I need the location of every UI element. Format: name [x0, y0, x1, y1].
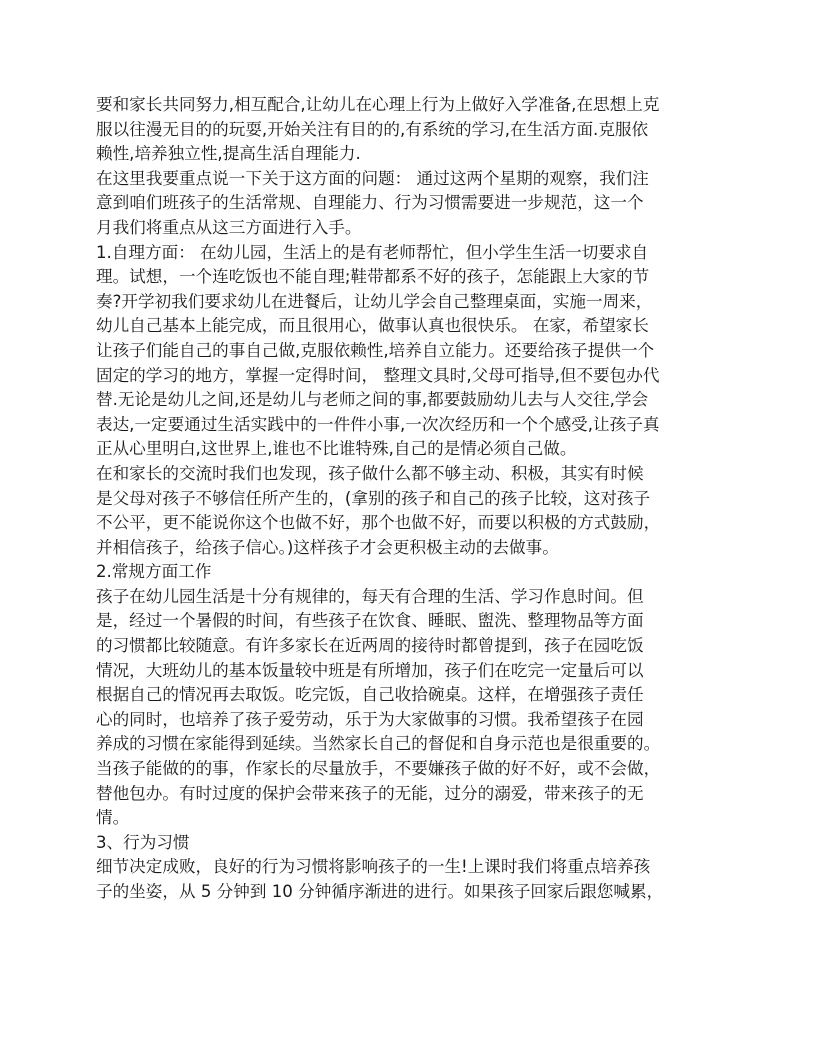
- text-line: 幼儿自己基本上能完成，而且很用心，做事认真也很快乐。 在家，希望家长: [96, 314, 726, 339]
- text-line: 孩子在幼儿园生活是十分有规律的，每天有合理的生活、学习作息时间。但: [96, 585, 726, 610]
- text-line: 奏?开学初我们要求幼儿在进餐后，让幼儿学会自己整理桌面，实施一周来，: [96, 290, 726, 315]
- text-line: 情。: [96, 806, 726, 831]
- section-heading-self-care: 1.自理方面： 在幼儿园，生活上的是有老师帮忙，但小学生生活一切要求自: [96, 241, 726, 266]
- text-line: 要和家长共同努力,相互配合,让幼儿在心理上行为上做好入学准备,在思想上克: [96, 93, 726, 118]
- text-line: 是父母对孩子不够信任所产生的，(拿别的孩子和自己的孩子比较，这对孩子: [96, 487, 726, 512]
- text-line: 情况，大班幼儿的基本饭量较中班是有所增加，孩子们在吃完一定量后可以: [96, 659, 726, 684]
- text-line: 让孩子们能自己的事自己做,克服依赖性,培养自立能力。还要给孩子提供一个: [96, 339, 726, 364]
- text-line: 理。试想，一个连吃饭也不能自理;鞋带都系不好的孩子，怎能跟上大家的节: [96, 265, 726, 290]
- text-line: 固定的学习的地方，掌握一定得时间， 整理文具时,父母可指导,但不要包办代: [96, 364, 726, 389]
- text-line: 在和家长的交流时我们也发现，孩子做什么都不够主动、积极，其实有时候: [96, 462, 726, 487]
- text-line: 表达,一定要通过生活实践中的一件件小事,一次次经历和一个个感受,让孩子真: [96, 413, 726, 438]
- text-line: 子的坐姿，从 5 分钟到 10 分钟循序渐进的进行。如果孩子回家后跟您喊累，: [96, 880, 726, 905]
- text-line: 细节决定成败，良好的行为习惯将影响孩子的一生!上课时我们将重点培养孩: [96, 855, 726, 880]
- text-line: 不公平，更不能说你这个也做不好，那个也做不好，而要以积极的方式鼓励，: [96, 511, 726, 536]
- text-line: 月我们将重点从这三方面进行入手。: [96, 216, 726, 241]
- text-line: 意到咱们班孩子的生活常规、自理能力、行为习惯需要进一步规范，这一个: [96, 191, 726, 216]
- text-line: 赖性,培养独立性,提高生活自理能力.: [96, 142, 726, 167]
- text-line: 并相信孩子，给孩子信心。)这样孩子才会更积极主动的去做事。: [96, 536, 726, 561]
- document-page: 要和家长共同努力,相互配合,让幼儿在心理上行为上做好入学准备,在思想上克 服以往…: [96, 93, 726, 905]
- section-heading-behavior: 3、行为习惯: [96, 831, 726, 856]
- text-line: 是，经过一个暑假的时间，有些孩子在饮食、睡眠、盥洗、整理物品等方面: [96, 609, 726, 634]
- text-line: 当孩子能做的的事，作家长的尽量放手，不要嫌孩子做的好不好，或不会做，: [96, 757, 726, 782]
- section-heading-routine: 2.常规方面工作: [96, 560, 726, 585]
- text-line: 服以往漫无目的的玩耍,开始关注有目的的,有系统的学习,在生活方面.克服依: [96, 118, 726, 143]
- text-line: 替他包办。有时过度的保护会带来孩子的无能，过分的溺爱，带来孩子的无: [96, 782, 726, 807]
- text-line: 养成的习惯在家能得到延续。当然家长自己的督促和自身示范也是很重要的。: [96, 732, 726, 757]
- text-line: 替.无论是幼儿之间,还是幼儿与老师之间的事,都要鼓励幼儿去与人交往,学会: [96, 388, 726, 413]
- text-line: 心的同时，也培养了孩子爱劳动，乐于为大家做事的习惯。我希望孩子在园: [96, 708, 726, 733]
- text-line: 正从心里明白,这世界上,谁也不比谁特殊,自己的是情必须自己做。: [96, 437, 726, 462]
- text-line: 在这里我要重点说一下关于这方面的问题： 通过这两个星期的观察，我们注: [96, 167, 726, 192]
- text-line: 的习惯都比较随意。有许多家长在近两周的接待时都曾提到，孩子在园吃饭: [96, 634, 726, 659]
- text-line: 根据自己的情况再去取饭。吃完饭，自己收拾碗桌。这样，在增强孩子责任: [96, 683, 726, 708]
